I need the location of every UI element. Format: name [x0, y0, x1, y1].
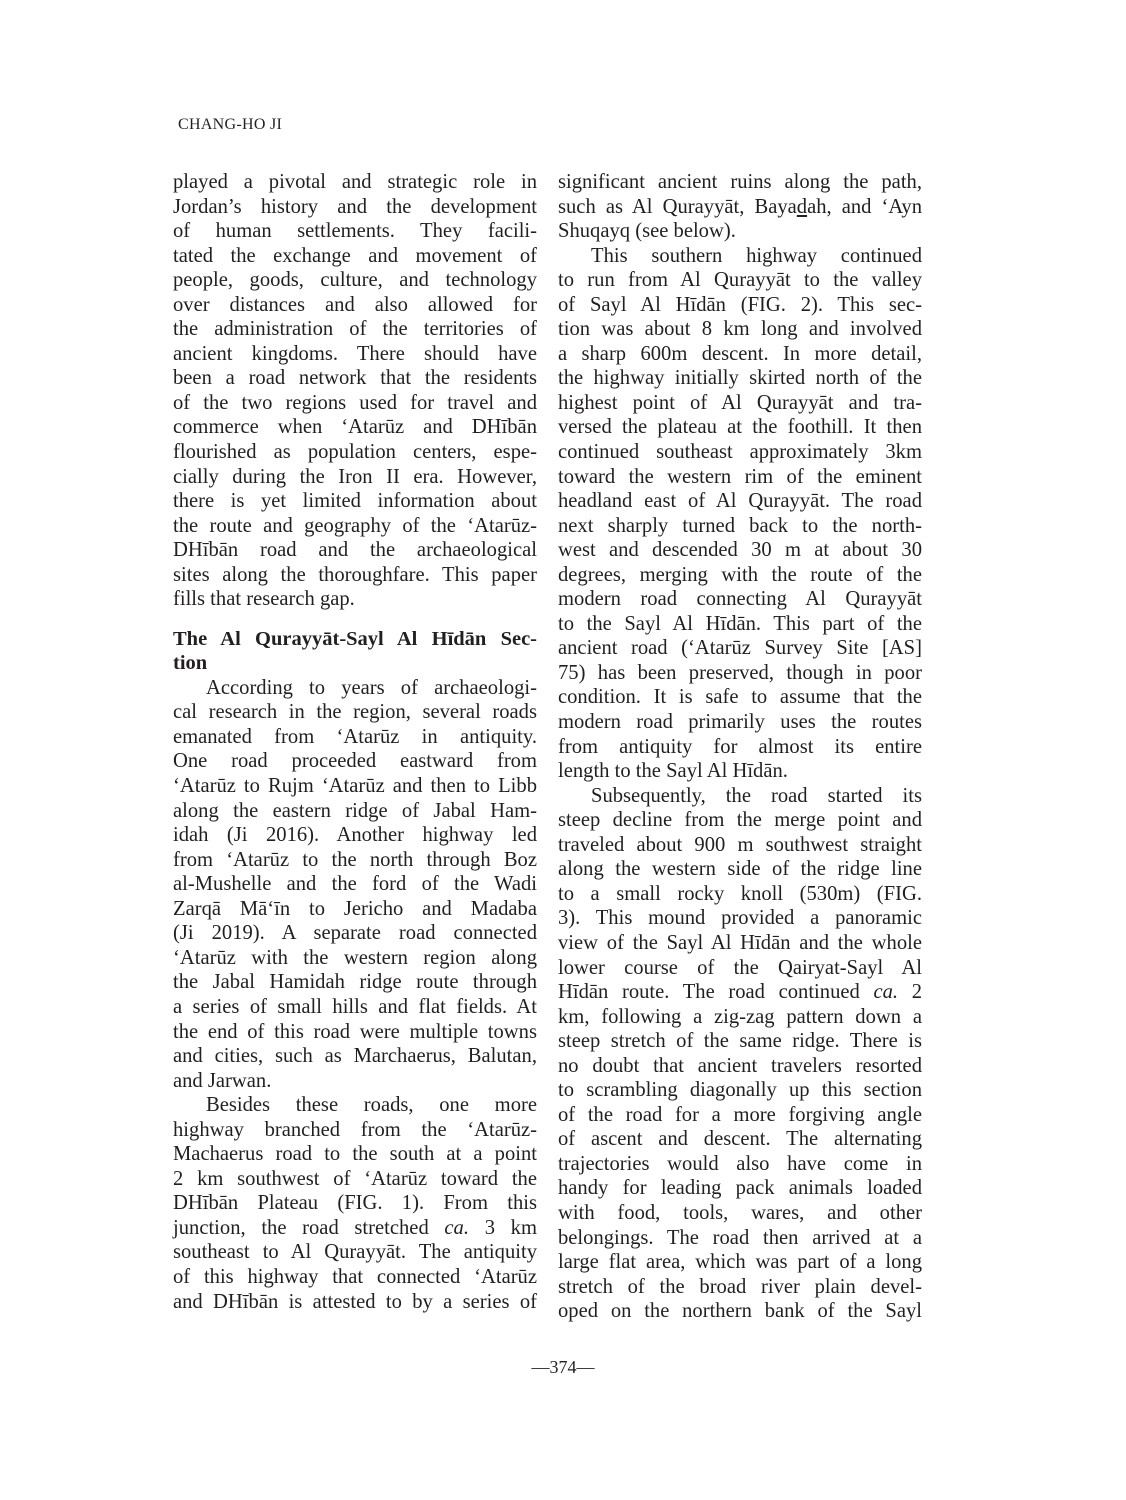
- text-line: people, goods, culture, and technology: [173, 268, 537, 293]
- text-line: Besides these roads, one more: [173, 1093, 537, 1118]
- text-line: west and descended 30 m at about 30: [558, 538, 922, 563]
- text-line: cially during the Iron II era. However,: [173, 465, 537, 490]
- paragraph: According to years of archaeologi-cal re…: [173, 676, 537, 1093]
- text-line: cal research in the region, several road…: [173, 700, 537, 725]
- text-line: significant ancient ruins along the path…: [558, 170, 922, 195]
- text-line: Shuqayq (see below).: [558, 219, 922, 244]
- paragraph: played a pivotal and strategic role inJo…: [173, 170, 537, 612]
- text-line: along the western side of the ridge line: [558, 857, 922, 882]
- text-line: to the Sayl Al Hīdān. This part of the: [558, 612, 922, 637]
- heading-line: The Al Qurayyāt-Sayl Al Hīdān Sec-: [173, 627, 537, 652]
- text-line: played a pivotal and strategic role in: [173, 170, 537, 195]
- paragraph: Subsequently, the road started itssteep …: [558, 784, 922, 1324]
- text-line: According to years of archaeologi-: [173, 676, 537, 701]
- text-line: the end of this road were multiple towns: [173, 1020, 537, 1045]
- heading-line: tion: [173, 651, 537, 676]
- right-column: significant ancient ruins along the path…: [558, 170, 922, 1324]
- text-line: steep decline from the merge point and: [558, 808, 922, 833]
- running-head-author: CHANG-HO JI: [178, 116, 282, 134]
- text-line: oped on the northern bank of the Sayl: [558, 1299, 922, 1324]
- section-heading: The Al Qurayyāt-Sayl Al Hīdān Sec-tion: [173, 627, 537, 676]
- text-line: no doubt that ancient travelers resorted: [558, 1054, 922, 1079]
- text-line: tated the exchange and movement of: [173, 244, 537, 269]
- text-line: trajectories would also have come in: [558, 1152, 922, 1177]
- text-line: southeast to Al Qurayyāt. The antiquity: [173, 1240, 537, 1265]
- text-line: next sharply turned back to the north-: [558, 514, 922, 539]
- text-line: Hīdān route. The road continued ca. 2: [558, 980, 922, 1005]
- text-line: condition. It is safe to assume that the: [558, 685, 922, 710]
- text-line: the route and geography of the ‘Atarūz-: [173, 514, 537, 539]
- text-line: Zarqā Mā‘īn to Jericho and Madaba: [173, 897, 537, 922]
- text-line: and cities, such as Marchaerus, Balutan,: [173, 1044, 537, 1069]
- text-line: Machaerus road to the south at a point: [173, 1142, 537, 1167]
- text-line: toward the western rim of the eminent: [558, 465, 922, 490]
- text-line: the Jabal Hamidah ridge route through: [173, 970, 537, 995]
- text-line: of the two regions used for travel and: [173, 391, 537, 416]
- text-line: km, following a zig-zag pattern down a: [558, 1005, 922, 1030]
- text-line: sites along the thoroughfare. This paper: [173, 563, 537, 588]
- text-line: length to the Sayl Al Hīdān.: [558, 759, 922, 784]
- text-line: highest point of Al Qurayyāt and tra-: [558, 391, 922, 416]
- paragraph: Besides these roads, one morehighway bra…: [173, 1093, 537, 1314]
- text-line: Subsequently, the road started its: [558, 784, 922, 809]
- text-line: Jordan’s history and the development: [173, 195, 537, 220]
- text-line: of the road for a more forgiving angle: [558, 1103, 922, 1128]
- text-line: been a road network that the residents: [173, 366, 537, 391]
- text-line: of ascent and descent. The alternating: [558, 1127, 922, 1152]
- text-line: commerce when ‘Atarūz and DHībān: [173, 415, 537, 440]
- paragraph: significant ancient ruins along the path…: [558, 170, 922, 244]
- text-line: al-Mushelle and the ford of the Wadi: [173, 872, 537, 897]
- text-line: ‘Atarūz to Rujm ‘Atarūz and then to Libb: [173, 774, 537, 799]
- text-line: from ‘Atarūz to the north through Boz: [173, 848, 537, 873]
- text-line: degrees, merging with the route of the: [558, 563, 922, 588]
- text-line: there is yet limited information about: [173, 489, 537, 514]
- text-line: (Ji 2019). A separate road connected: [173, 921, 537, 946]
- text-line: to scrambling diagonally up this section: [558, 1078, 922, 1103]
- text-line: junction, the road stretched ca. 3 km: [173, 1216, 537, 1241]
- text-line: the highway initially skirted north of t…: [558, 366, 922, 391]
- text-line: modern road primarily uses the routes: [558, 710, 922, 735]
- text-line: to run from Al Qurayyāt to the valley: [558, 268, 922, 293]
- text-line: continued southeast approximately 3km: [558, 440, 922, 465]
- text-line: DHībān road and the archaeological: [173, 538, 537, 563]
- text-line: with food, tools, wares, and other: [558, 1201, 922, 1226]
- text-line: lower course of the Qairyat-Sayl Al: [558, 956, 922, 981]
- paragraph: This southern highway continuedto run fr…: [558, 244, 922, 784]
- text-line: such as Al Qurayyāt, Bayadah, and ‘Ayn: [558, 195, 922, 220]
- text-line: from antiquity for almost its entire: [558, 735, 922, 760]
- text-line: a series of small hills and flat fields.…: [173, 995, 537, 1020]
- text-line: flourished as population centers, espe-: [173, 440, 537, 465]
- text-line: 75) has been preserved, though in poor: [558, 661, 922, 686]
- text-line: ancient kingdoms. There should have: [173, 342, 537, 367]
- text-line: emanated from ‘Atarūz in antiquity.: [173, 725, 537, 750]
- text-line: This southern highway continued: [558, 244, 922, 269]
- text-line: traveled about 900 m southwest straight: [558, 833, 922, 858]
- text-line: to a small rocky knoll (530m) (FIG.: [558, 882, 922, 907]
- page-number: —374—: [0, 1357, 1126, 1378]
- left-column: played a pivotal and strategic role inJo…: [173, 170, 537, 1314]
- text-line: headland east of Al Qurayyāt. The road: [558, 489, 922, 514]
- text-line: a sharp 600m descent. In more detail,: [558, 342, 922, 367]
- text-line: One road proceeded eastward from: [173, 749, 537, 774]
- text-line: the administration of the territories of: [173, 317, 537, 342]
- text-line: fills that research gap.: [173, 587, 537, 612]
- text-line: 3). This mound provided a panoramic: [558, 906, 922, 931]
- text-line: stretch of the broad river plain devel-: [558, 1275, 922, 1300]
- text-line: tion was about 8 km long and involved: [558, 317, 922, 342]
- text-line: along the eastern ridge of Jabal Ham-: [173, 799, 537, 824]
- text-line: and DHībān is attested to by a series of: [173, 1290, 537, 1315]
- text-line: steep stretch of the same ridge. There i…: [558, 1029, 922, 1054]
- text-line: modern road connecting Al Qurayyāt: [558, 587, 922, 612]
- text-line: belongings. The road then arrived at a: [558, 1226, 922, 1251]
- text-line: idah (Ji 2016). Another highway led: [173, 823, 537, 848]
- text-line: and Jarwan.: [173, 1069, 537, 1094]
- text-line: view of the Sayl Al Hīdān and the whole: [558, 931, 922, 956]
- text-line: large flat area, which was part of a lon…: [558, 1250, 922, 1275]
- text-line: 2 km southwest of ‘Atarūz toward the: [173, 1167, 537, 1192]
- text-line: ancient road (‘Atarūz Survey Site [AS]: [558, 636, 922, 661]
- text-line: of this highway that connected ‘Atarūz: [173, 1265, 537, 1290]
- text-line: ‘Atarūz with the western region along: [173, 946, 537, 971]
- text-line: handy for leading pack animals loaded: [558, 1176, 922, 1201]
- text-line: DHībān Plateau (FIG. 1). From this: [173, 1191, 537, 1216]
- text-line: of Sayl Al Hīdān (FIG. 2). This sec-: [558, 293, 922, 318]
- text-line: versed the plateau at the foothill. It t…: [558, 415, 922, 440]
- text-line: of human settlements. They facili-: [173, 219, 537, 244]
- text-line: over distances and also allowed for: [173, 293, 537, 318]
- text-line: highway branched from the ‘Atarūz-: [173, 1118, 537, 1143]
